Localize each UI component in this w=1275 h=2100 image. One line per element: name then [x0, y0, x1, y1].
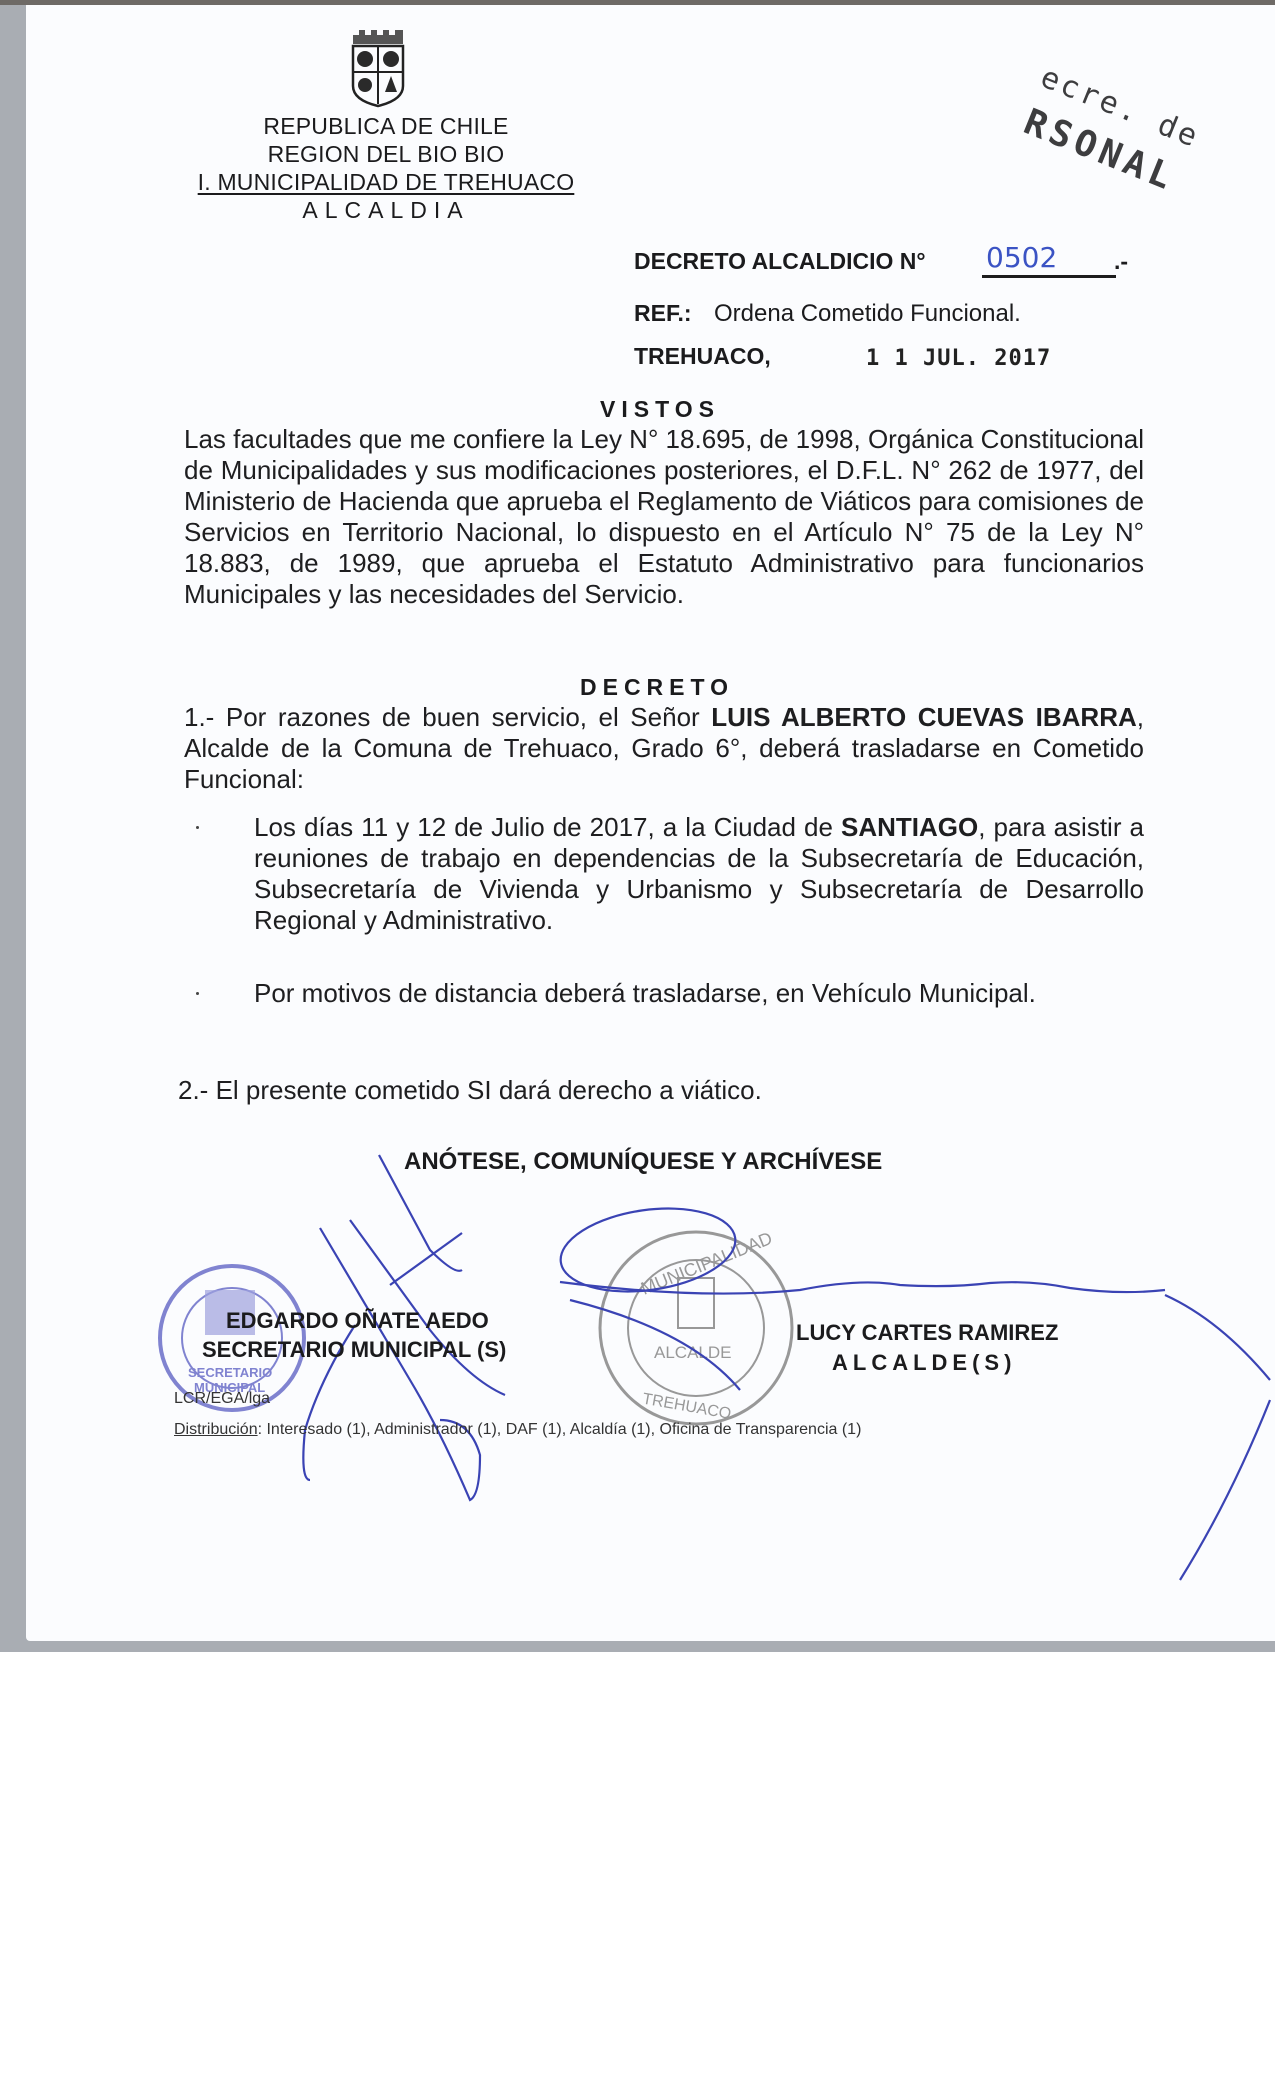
distribution-list: Distribución: Interesado (1), Administra…	[174, 1421, 861, 1439]
ref-label: REF.:	[634, 300, 692, 327]
decree-bullet: Por motivos de distancia deberá traslada…	[196, 978, 1144, 1048]
mayor-name: LUCY CARTES RAMIREZ	[796, 1320, 1058, 1346]
bullet-text: Los días 11 y 12 de Julio de 2017, a la …	[254, 812, 1144, 936]
municipal-coat-of-arms-icon	[343, 28, 413, 108]
official-name: LUIS ALBERTO CUEVAS IBARRA	[711, 702, 1137, 732]
decree-point-2: 2.- El presente cometido SI dará derecho…	[178, 1075, 1078, 1106]
point1-prefix: 1.- Por razones de buen servicio, el Señ…	[184, 702, 711, 732]
bullet-1-prefix: Los días 11 y 12 de Julio de 2017, a la …	[254, 812, 841, 842]
bullet-text: Por motivos de distancia deberá traslada…	[254, 978, 1144, 1009]
letterhead-municipality: I. MUNICIPALIDAD DE TREHUACO	[186, 168, 586, 196]
letterhead-office: ALCALDIA	[186, 196, 586, 224]
secretary-role: SECRETARIO MUNICIPAL (S)	[202, 1337, 506, 1363]
destination-city: SANTIAGO	[841, 812, 978, 842]
decree-bullet: Los días 11 y 12 de Julio de 2017, a la …	[196, 812, 1144, 962]
decreto-heading: DECRETO	[580, 674, 734, 701]
distribution-label: Distribución	[174, 1421, 258, 1438]
closing-formula: ANÓTESE, COMUNÍQUESE Y ARCHÍVESE	[404, 1148, 882, 1176]
bullet-2-text: Por motivos de distancia deberá traslada…	[254, 978, 1036, 1008]
decree-place: TREHUACO,	[634, 343, 771, 370]
secretary-name: EDGARDO OÑATE AEDO	[226, 1308, 489, 1334]
drafting-initials: LCR/EGA/lga	[174, 1390, 270, 1408]
letterhead-region: REGION DEL BIO BIO	[186, 140, 586, 168]
distribution-recipients: : Interesado (1), Administrador (1), DAF…	[258, 1421, 862, 1438]
bullet-dot-icon	[196, 826, 199, 829]
decree-point-1: 1.- Por razones de buen servicio, el Señ…	[184, 702, 1144, 795]
decree-label: DECRETO ALCALDICIO N°	[634, 248, 926, 275]
letterhead-country: REPUBLICA DE CHILE	[186, 112, 586, 140]
vistos-heading: VISTOS	[600, 396, 720, 423]
decree-number: 0502	[982, 241, 1116, 278]
bullet-dot-icon	[196, 992, 199, 995]
mayor-role: ALCALDE(S)	[832, 1350, 1016, 1376]
vistos-paragraph: Las facultades que me confiere la Ley N°…	[184, 424, 1144, 610]
decree-suffix: .-	[1114, 248, 1128, 275]
ref-value: Ordena Cometido Funcional.	[714, 300, 1021, 328]
received-rubber-stamp: ecre. de RSONAL	[1020, 82, 1250, 212]
date-stamp: 1 1 JUL. 2017	[866, 346, 1051, 371]
